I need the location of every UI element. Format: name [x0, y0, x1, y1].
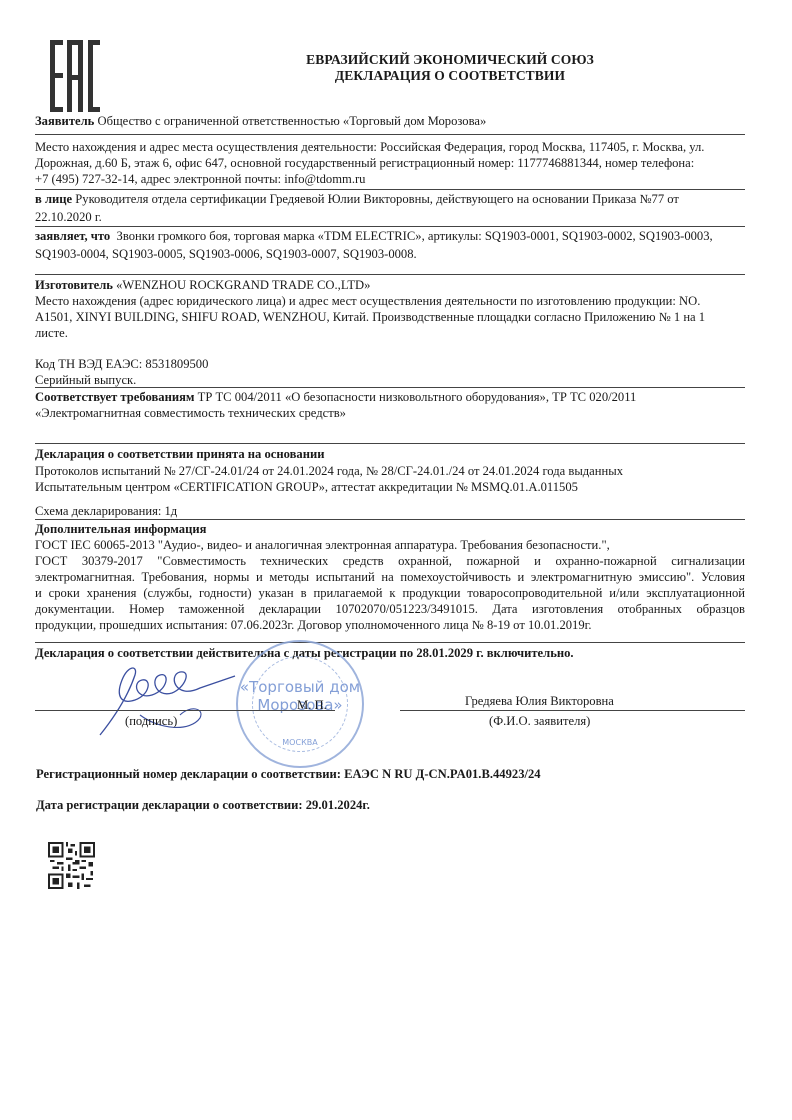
address-line: Дорожная, д.60 Б, этаж 6, офис 647, осно… [35, 155, 704, 171]
basis-line: Испытательным центром «CERTIFICATION GRO… [35, 479, 623, 495]
divider [35, 642, 745, 643]
registration-date: Дата регистрации декларации о соответств… [36, 797, 370, 813]
represented-line: 22.10.2020 г. [35, 209, 679, 225]
declares-block: заявляет, что Звонки громкого боя, торго… [35, 228, 713, 262]
compliance-line: «Электромагнитная совместимость техничес… [35, 405, 636, 421]
additional-info-line: продукции, прошедших испытания: 07.06.20… [35, 617, 745, 633]
divider [35, 226, 745, 227]
address-line: +7 (495) 727-32-14, адрес электронной по… [35, 171, 704, 187]
manufacturer-block: Изготовитель «WENZHOU ROCKGRAND TRADE CO… [35, 277, 705, 341]
stamp-text: «Торговый дом [238, 678, 362, 696]
divider [35, 189, 745, 190]
manufacturer-value: «WENZHOU ROCKGRAND TRADE CO.,LTD» [116, 278, 370, 292]
address-block: Место нахождения и адрес места осуществл… [35, 139, 704, 187]
compliance-line: ТР ТС 004/2011 «О безопасности низковоль… [198, 390, 637, 404]
applicant-value: Общество с ограниченной ответственностью… [97, 114, 486, 128]
additional-info-block: Дополнительная информация ГОСТ IEC 60065… [35, 521, 745, 633]
divider [35, 274, 745, 275]
declares-line: Звонки громкого боя, торговая марка «TDM… [117, 229, 713, 243]
address-line: Место нахождения и адрес места осуществл… [35, 139, 704, 155]
additional-info-line: ГОСТ IEC 60065-2013 "Аудио-, видео- и ан… [35, 537, 745, 553]
divider [35, 519, 745, 520]
additional-info-line: электромагнитная. Требования, нормы и ме… [35, 569, 745, 585]
eac-logo-icon [50, 40, 100, 112]
manufacturer-line: Место нахождения (адрес юридического лиц… [35, 293, 705, 309]
basis-line: Протоколов испытаний № 27/СГ-24.01/24 от… [35, 463, 623, 479]
represented-block: в лице Руководителя отдела сертификации … [35, 191, 679, 225]
signature-line [35, 710, 335, 711]
additional-info-line: и сроки хранения (службы, годности) указ… [35, 585, 745, 601]
hs-code: Код ТН ВЭД ЕАЭС: 8531809500 [35, 356, 208, 372]
represented-line: Руководителя отдела сертификации Гредяев… [75, 192, 679, 206]
applicant-row: Заявитель Общество с ограниченной ответс… [35, 113, 486, 129]
additional-info-line: ГОСТ 30379-2017 "Совместимость техническ… [35, 553, 745, 569]
document-header: ЕВРАЗИЙСКИЙ ЭКОНОМИЧЕСКИЙ СОЮЗ ДЕКЛАРАЦИ… [260, 52, 640, 84]
divider [35, 387, 745, 388]
compliance-label: Соответствует требованиям [35, 390, 194, 404]
qr-code-icon [48, 842, 95, 889]
production-type: Серийный выпуск. [35, 372, 136, 388]
divider [35, 134, 745, 135]
basis-title: Декларация о соответствии принята на осн… [35, 446, 623, 462]
basis-block: Декларация о соответствии принята на осн… [35, 446, 623, 495]
header-union-title: ЕВРАЗИЙСКИЙ ЭКОНОМИЧЕСКИЙ СОЮЗ [260, 52, 640, 68]
divider [35, 443, 745, 444]
signatory-name-caption: (Ф.И.О. заявителя) [489, 713, 590, 729]
seal-label: М. П. [297, 697, 327, 713]
declares-line: SQ1903-0004, SQ1903-0005, SQ1903-0006, S… [35, 246, 713, 262]
manufacturer-line: A1501, XINYI BUILDING, SHIFU ROAD, WENZH… [35, 309, 705, 325]
signatory-name: Гредяева Юлия Викторовна [465, 693, 614, 709]
stamp-city: МОСКВА [238, 738, 362, 747]
registration-number: Регистрационный номер декларации о соотв… [36, 766, 541, 782]
declares-label: заявляет, что [35, 229, 110, 243]
additional-info-line: документации. Номер таможенной деклараци… [35, 601, 745, 617]
manufacturer-line: листе. [35, 325, 705, 341]
compliance-block: Соответствует требованиям ТР ТС 004/2011… [35, 389, 636, 421]
header-declaration-title: ДЕКЛАРАЦИЯ О СООТВЕТСТВИИ [260, 68, 640, 84]
name-line [400, 710, 745, 711]
applicant-label: Заявитель [35, 114, 94, 128]
additional-info-title: Дополнительная информация [35, 521, 745, 537]
represented-label: в лице [35, 192, 72, 206]
manufacturer-label: Изготовитель [35, 278, 113, 292]
declaration-scheme: Схема декларирования: 1д [35, 503, 177, 519]
signature-caption: (подпись) [125, 713, 177, 729]
